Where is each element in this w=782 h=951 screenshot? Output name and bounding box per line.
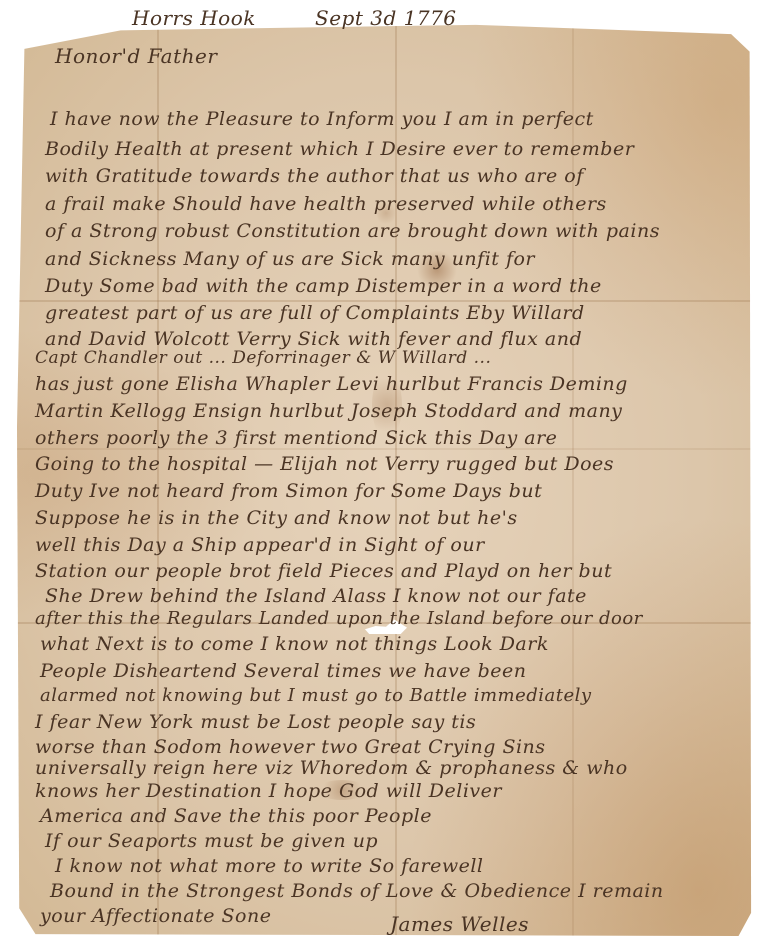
body-line: Bound in the Strongest Bonds of Love & O… — [50, 880, 664, 902]
body-line: She Drew behind the Island Alass I know … — [45, 585, 587, 607]
body-line: what Next is to come I know not things L… — [40, 633, 549, 655]
body-line: has just gone Elisha Whapler Levi hurlbu… — [35, 373, 628, 395]
body-line: Station our people brot field Pieces and… — [35, 560, 612, 582]
body-line: after this the Regulars Landed upon the … — [35, 608, 643, 629]
body-line: Martin Kellogg Ensign hurlbut Joseph Sto… — [35, 400, 622, 422]
body-line: Going to the hospital — Elijah not Verry… — [35, 453, 614, 475]
body-line: well this Day a Ship appear'd in Sight o… — [35, 534, 485, 556]
body-line: and Sickness Many of us are Sick many un… — [45, 248, 535, 270]
body-line: worse than Sodom however two Great Cryin… — [35, 736, 546, 758]
body-line: others poorly the 3 first mentiond Sick … — [35, 427, 557, 449]
body-line: universally reign here viz Whoredom & pr… — [35, 757, 628, 779]
body-line: People Disheartend Several times we have… — [40, 660, 526, 682]
body-line: a frail make Should have health preserve… — [45, 193, 607, 215]
body-line: America and Save the this poor People — [40, 805, 432, 827]
body-line: alarmed not knowing but I must go to Bat… — [40, 685, 592, 706]
body-line: with Gratitude towards the author that u… — [45, 165, 584, 187]
body-line: I have now the Pleasure to Inform you I … — [50, 108, 594, 130]
body-line: I know not what more to write So farewel… — [55, 855, 484, 877]
letter-signature: James Welles — [390, 912, 529, 936]
letter-place: Horrs Hook — [132, 6, 256, 30]
letter-salutation: Honor'd Father — [55, 44, 217, 68]
body-line: Duty Ive not heard from Simon for Some D… — [35, 480, 542, 502]
body-line: Suppose he is in the City and know not b… — [35, 507, 518, 529]
body-line: Duty Some bad with the camp Distemper in… — [45, 275, 602, 297]
body-line: greatest part of us are full of Complain… — [45, 302, 585, 324]
body-line: of a Strong robust Constitution are brou… — [45, 220, 660, 242]
body-line: Bodily Health at present which I Desire … — [45, 138, 634, 160]
letter-date: Sept 3d 1776 — [315, 6, 457, 30]
body-line: If our Seaports must be given up — [45, 830, 378, 852]
body-line: Capt Chandler out ... Deforrinager & W W… — [35, 348, 491, 368]
body-line: I fear New York must be Lost people say … — [35, 711, 476, 733]
body-line: knows her Destination I hope God will De… — [35, 780, 502, 802]
body-line: and David Wolcott Verry Sick with fever … — [45, 328, 582, 350]
letter-closing: your Affectionate Sone — [40, 905, 271, 927]
